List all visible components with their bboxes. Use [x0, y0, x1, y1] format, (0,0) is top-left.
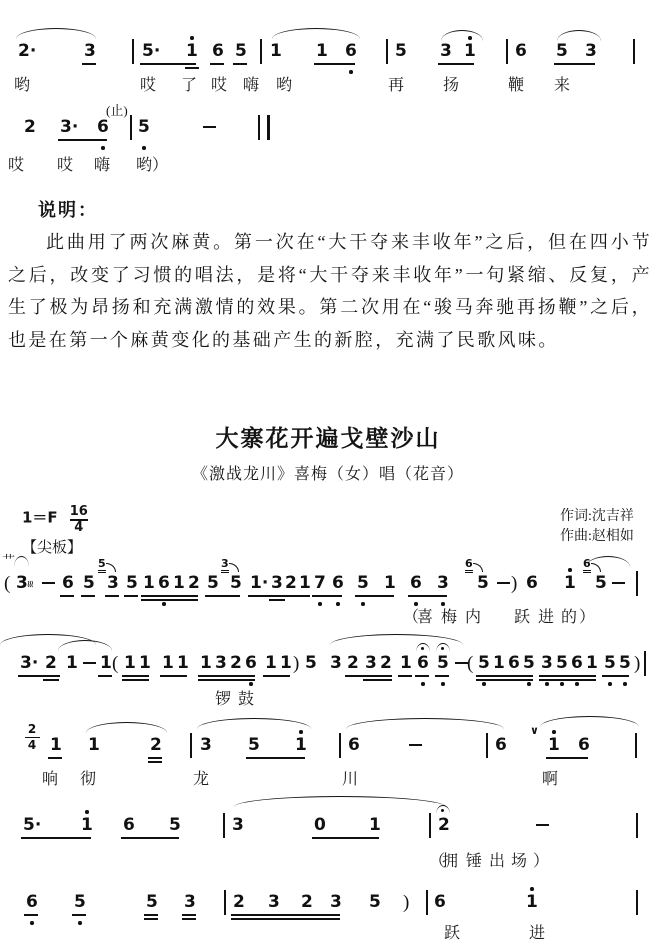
composer-credit: 作曲:赵相如 [560, 527, 634, 547]
slur [14, 556, 29, 567]
note: 7 [314, 574, 326, 593]
sheet-music-page: 2·35·165116531653哟哎了哎嗨哟再扬鞭来23·65(止)哎哎嗨哟）… [0, 0, 656, 947]
note: 1 [162, 654, 174, 673]
beam-underline [122, 679, 149, 681]
note: 5 [604, 654, 616, 673]
grace-slur [229, 563, 239, 572]
barline [636, 890, 638, 915]
note: 5 [478, 654, 490, 673]
lyricist-credit: 作词:沈吉祥 [560, 507, 634, 527]
note: 1 [280, 654, 292, 673]
beam-underline [415, 675, 429, 677]
barline [429, 813, 431, 838]
note: 3 [232, 816, 244, 835]
note: 6 [345, 42, 357, 61]
lyric-syllable: 锤 [466, 848, 482, 871]
beam-underline [198, 675, 255, 677]
note: 6 [508, 654, 520, 673]
octave-dot-above [568, 568, 572, 572]
annotation: (止) [106, 100, 128, 119]
note: 6 [410, 574, 422, 593]
beam-underline [182, 914, 196, 916]
slur [16, 28, 96, 39]
song-title: 大寨花开遍戈壁沙山 [0, 420, 656, 453]
barline [260, 39, 262, 64]
note: 2 [230, 654, 242, 673]
note: 3 [541, 654, 553, 673]
note: 3 [585, 42, 597, 61]
note: 5 [477, 574, 489, 593]
key-signature: 1＝F164 [22, 506, 88, 534]
lyric-syllable: 哎 [57, 152, 73, 175]
note: 5 [207, 574, 219, 593]
note: 3 [440, 42, 452, 61]
barline [506, 39, 508, 64]
note: 1 [270, 42, 282, 61]
note: 6 [578, 736, 590, 755]
lyric-syllable: ） [533, 848, 549, 871]
beam-underline [122, 675, 149, 677]
lyric-syllable: 嗨 [94, 152, 110, 175]
lyric-syllable: 响 [42, 766, 58, 789]
note: 1· [250, 574, 268, 593]
lyric-syllable: 梅 [441, 604, 457, 627]
beam-underline [205, 595, 240, 597]
note: 2 [285, 574, 297, 593]
lyric-syllable: 哎 [8, 152, 24, 175]
fermata [436, 805, 450, 814]
beam-underline [18, 675, 60, 677]
note: 2 [24, 118, 36, 137]
lyric-syllable: 鼓 [238, 686, 254, 709]
note: 5 [146, 893, 158, 912]
lyric-syllable: 进 [538, 604, 554, 627]
note: 0 [314, 816, 326, 835]
note: 6 [26, 893, 38, 912]
note: 1 [400, 654, 412, 673]
note: 1 [493, 654, 505, 673]
note: 2 [150, 736, 162, 755]
beam-underline [140, 63, 196, 65]
note: 6 [571, 654, 583, 673]
note: 5 [74, 893, 86, 912]
explanation-paragraph: 此曲用了两次麻黄。第一次在“大干夺来丰收年”之后，但在四小节之后，改变了习惯的唱… [8, 226, 652, 356]
note: 5 [556, 654, 568, 673]
beam-underline [539, 679, 596, 681]
beam-underline [231, 918, 340, 920]
barline [635, 733, 637, 758]
beam-underline [602, 675, 629, 677]
note: 1 [464, 42, 476, 61]
beam-underline [233, 63, 247, 65]
dash-note [536, 824, 549, 826]
note: 2 [438, 816, 450, 835]
octave-dot-below [349, 70, 353, 74]
beam-underline [21, 837, 91, 839]
slur [441, 30, 483, 41]
grace-slur [473, 563, 483, 572]
beam-underline [314, 63, 355, 65]
note: 1 [200, 654, 212, 673]
lyric-syllable: 龙 [193, 766, 209, 789]
note: 6 [62, 574, 74, 593]
note: 5 [595, 574, 607, 593]
lyric-syllable: ） [579, 604, 595, 627]
barline [426, 890, 428, 915]
explanation-heading: 说明： [38, 196, 98, 222]
note: 1 [100, 654, 112, 673]
note: 6 [526, 574, 538, 593]
meter-fraction: 164 [70, 506, 88, 534]
octave-dot-above [552, 730, 556, 734]
note: 5· [142, 42, 160, 61]
note: 6 [515, 42, 527, 61]
octave-dot-below [482, 682, 486, 686]
note: 5 [357, 574, 369, 593]
barline [223, 813, 225, 838]
slur [272, 28, 360, 39]
beam-underline [82, 63, 96, 65]
note: 1 [50, 736, 62, 755]
grace-note: 5 [98, 558, 106, 573]
note: 1 [384, 574, 396, 593]
breath-mark: ∨ [530, 724, 539, 737]
octave-dot-below [623, 682, 627, 686]
beam-underline [476, 675, 533, 677]
barline [386, 39, 388, 64]
note: 2 [233, 893, 245, 912]
final-barline [258, 115, 270, 140]
dash-note [203, 126, 216, 128]
beam-underline [210, 63, 224, 65]
note: 3 [107, 574, 119, 593]
octave-dot-above [299, 730, 303, 734]
beam-underline [48, 757, 62, 759]
barline [224, 890, 226, 915]
beam-underline [60, 595, 74, 597]
lyric-syllable: 锣 [215, 686, 231, 709]
note: 5· [23, 816, 41, 835]
lyric-syllable: 再 [388, 72, 404, 95]
lyric-syllable: 川 [342, 766, 358, 789]
octave-dot-below [162, 602, 166, 606]
beam-underline [58, 139, 107, 141]
lyric-syllable: 内 [465, 604, 481, 627]
note: 6 [495, 736, 507, 755]
octave-dot-below [336, 602, 340, 606]
note: 3 [330, 893, 342, 912]
note: 6 [245, 654, 257, 673]
lyric-syllable: 的 [561, 604, 577, 627]
barline [636, 571, 638, 596]
lyric-syllable: 来 [554, 72, 570, 95]
note: 2 [347, 654, 359, 673]
beam-underline [312, 837, 379, 839]
octave-dot-below [575, 682, 579, 686]
note: 1 [139, 654, 151, 673]
beam-underline [408, 595, 447, 597]
beam-underline [312, 595, 342, 597]
slur [86, 722, 167, 733]
lyric-syllable: 进 [529, 920, 545, 943]
barline [339, 733, 341, 758]
octave-dot-below [608, 682, 612, 686]
barline [132, 39, 134, 64]
lyric-syllable: 场 [511, 848, 527, 871]
note: 6 [97, 118, 109, 137]
beam-underline [438, 63, 474, 65]
song-subtitle: 《激战龙川》喜梅（女）唱（花音） [0, 461, 656, 484]
slur [346, 718, 504, 729]
barline [644, 651, 646, 676]
note: 1 [316, 42, 328, 61]
lyric-syllable: 了 [181, 72, 197, 95]
octave-dot-below [142, 146, 146, 150]
note: 6 [123, 816, 135, 835]
note: 2 [301, 893, 313, 912]
beam-underline [345, 675, 392, 677]
beam-underline [72, 914, 86, 916]
beam-underline [398, 675, 412, 677]
octave-dot-below [361, 602, 365, 606]
beam-underline [182, 918, 196, 920]
note: 6 [212, 42, 224, 61]
note: 6 [158, 574, 170, 593]
grace-note: 3 [221, 558, 229, 573]
note: 3· [60, 118, 78, 137]
note: ) [511, 574, 517, 593]
note: 5 [248, 736, 260, 755]
time-signature: 24 [24, 724, 40, 751]
beam-underline [141, 595, 198, 597]
note: 1 [177, 654, 189, 673]
note: 3 [184, 893, 196, 912]
barline [486, 733, 488, 758]
note: 3 [365, 654, 377, 673]
note: 3· [20, 654, 38, 673]
note: 2 [45, 654, 57, 673]
time-sig-numerator: 2 [24, 724, 40, 735]
annotation: 艹 [2, 550, 15, 569]
note: 3 [215, 654, 227, 673]
note: 5 [523, 654, 535, 673]
barline [130, 115, 132, 140]
note: 6 [348, 736, 360, 755]
note: 6 [434, 893, 446, 912]
note: 1 [88, 736, 100, 755]
note: ) [634, 654, 640, 673]
note: ( [112, 654, 118, 673]
note: 5 [619, 654, 631, 673]
slur [586, 556, 630, 567]
beam-underline [81, 595, 95, 597]
meter-denominator: 4 [70, 522, 88, 534]
lyric-syllable: 跃 [514, 604, 530, 627]
note: 5 [230, 574, 242, 593]
grace-note: 6 [465, 558, 473, 573]
octave-dot-below [78, 921, 82, 925]
note: 1 [66, 654, 78, 673]
grace-slur [106, 563, 116, 572]
note: 5 [138, 118, 150, 137]
lyric-syllable: 拥 [442, 848, 458, 871]
lyric-syllable: 喜 [417, 604, 433, 627]
barline [190, 733, 192, 758]
note: 1 [369, 816, 381, 835]
slur [234, 796, 446, 807]
note: ) [293, 654, 299, 673]
dash-note [42, 582, 55, 584]
beam-underline [43, 679, 59, 681]
barline [633, 39, 635, 64]
lyric-syllable: 哟 [276, 72, 292, 95]
octave-dot-below [441, 682, 445, 686]
slur [557, 30, 601, 41]
beam-underline [98, 675, 112, 677]
beam-underline [148, 761, 162, 763]
barline [636, 813, 638, 838]
lyric-syllable: 扬 [443, 72, 459, 95]
beam-underline [269, 599, 285, 601]
beam-underline [148, 757, 162, 759]
slur [197, 718, 311, 729]
credits: 作词:沈吉祥 作曲:赵相如 [560, 507, 634, 547]
octave-dot-above [530, 887, 534, 891]
octave-dot-below [527, 682, 531, 686]
dash-note [497, 582, 510, 584]
note: 5 [305, 654, 317, 673]
beam-underline [246, 757, 305, 759]
note: 3 [200, 736, 212, 755]
octave-dot-below [421, 682, 425, 686]
beam-underline [160, 675, 187, 677]
note: 1 [173, 574, 185, 593]
beam-underline [231, 914, 340, 916]
dash-note [83, 662, 96, 664]
lyric-syllable: 跃 [444, 920, 460, 943]
lyric-syllable: 嗨 [243, 72, 259, 95]
note: ( [4, 574, 10, 593]
note: 5 [126, 574, 138, 593]
note: 1 [564, 574, 576, 593]
note: 2 [380, 654, 392, 673]
lyric-syllable: 啊 [542, 766, 558, 789]
beam-underline [105, 595, 119, 597]
note: 3 [437, 574, 449, 593]
beam-underline [198, 679, 255, 681]
dash-note [409, 744, 422, 746]
beam-underline [554, 63, 595, 65]
beam-underline [476, 679, 533, 681]
note: 5 [169, 816, 181, 835]
lyric-syllable: 出 [489, 848, 505, 871]
lyric-syllable: 哎 [140, 72, 156, 95]
beam-underline [263, 675, 290, 677]
octave-dot-below [318, 602, 322, 606]
beam-underline [539, 675, 596, 677]
beam-underline [546, 757, 588, 759]
note: 3 [271, 574, 283, 593]
meter-numerator: 16 [70, 506, 88, 518]
beam-underline [248, 595, 310, 597]
beam-underline [355, 595, 394, 597]
lyric-syllable: 哟） [136, 152, 168, 175]
slur [540, 716, 639, 727]
note: 3 [84, 42, 96, 61]
note: 1 [526, 893, 538, 912]
note: 3 [330, 654, 342, 673]
beam-underline [435, 675, 449, 677]
note: 5 [83, 574, 95, 593]
beam-underline [121, 837, 179, 839]
note: 1 [143, 574, 155, 593]
note: 3 [268, 893, 280, 912]
key-label: 1＝F [22, 509, 58, 527]
note: 6 [417, 654, 429, 673]
lyric-syllable: 鞭 [508, 72, 524, 95]
note: 5 [395, 42, 407, 61]
note: 5 [369, 893, 381, 912]
tempo-mark: 【尖板】 [22, 536, 82, 557]
beam-underline [124, 595, 138, 597]
lyric-syllable: 彻 [80, 766, 96, 789]
octave-dot-above [85, 810, 89, 814]
note: 1 [295, 736, 307, 755]
note: 1 [124, 654, 136, 673]
octave-dot-below [101, 146, 105, 150]
beam-underline [363, 679, 392, 681]
beam-underline [144, 914, 158, 916]
note: 1 [548, 736, 560, 755]
tremolo-mark: ≋ [24, 580, 35, 587]
note: 5 [556, 42, 568, 61]
beam-underline [144, 918, 158, 920]
note: 5 [235, 42, 247, 61]
note: 1 [186, 42, 198, 61]
octave-dot-below [30, 921, 34, 925]
lyric-syllable: 哎 [211, 72, 227, 95]
octave-dot-above [190, 36, 194, 40]
note: 2 [188, 574, 200, 593]
note: 1 [299, 574, 311, 593]
octave-dot-below [560, 682, 564, 686]
note: 6 [332, 574, 344, 593]
note: 2· [18, 42, 36, 61]
lyric-syllable: 哟 [14, 72, 30, 95]
dash-note [612, 582, 625, 584]
time-sig-denominator: 4 [24, 740, 40, 751]
note: ( [467, 654, 473, 673]
note: 5 [437, 654, 449, 673]
note: 1 [265, 654, 277, 673]
octave-dot-below [545, 682, 549, 686]
note: 1 [586, 654, 598, 673]
note: ) [403, 893, 409, 912]
beam-underline [185, 67, 199, 69]
beam-underline [24, 914, 38, 916]
beam-underline [141, 599, 198, 601]
note: 1 [81, 816, 93, 835]
